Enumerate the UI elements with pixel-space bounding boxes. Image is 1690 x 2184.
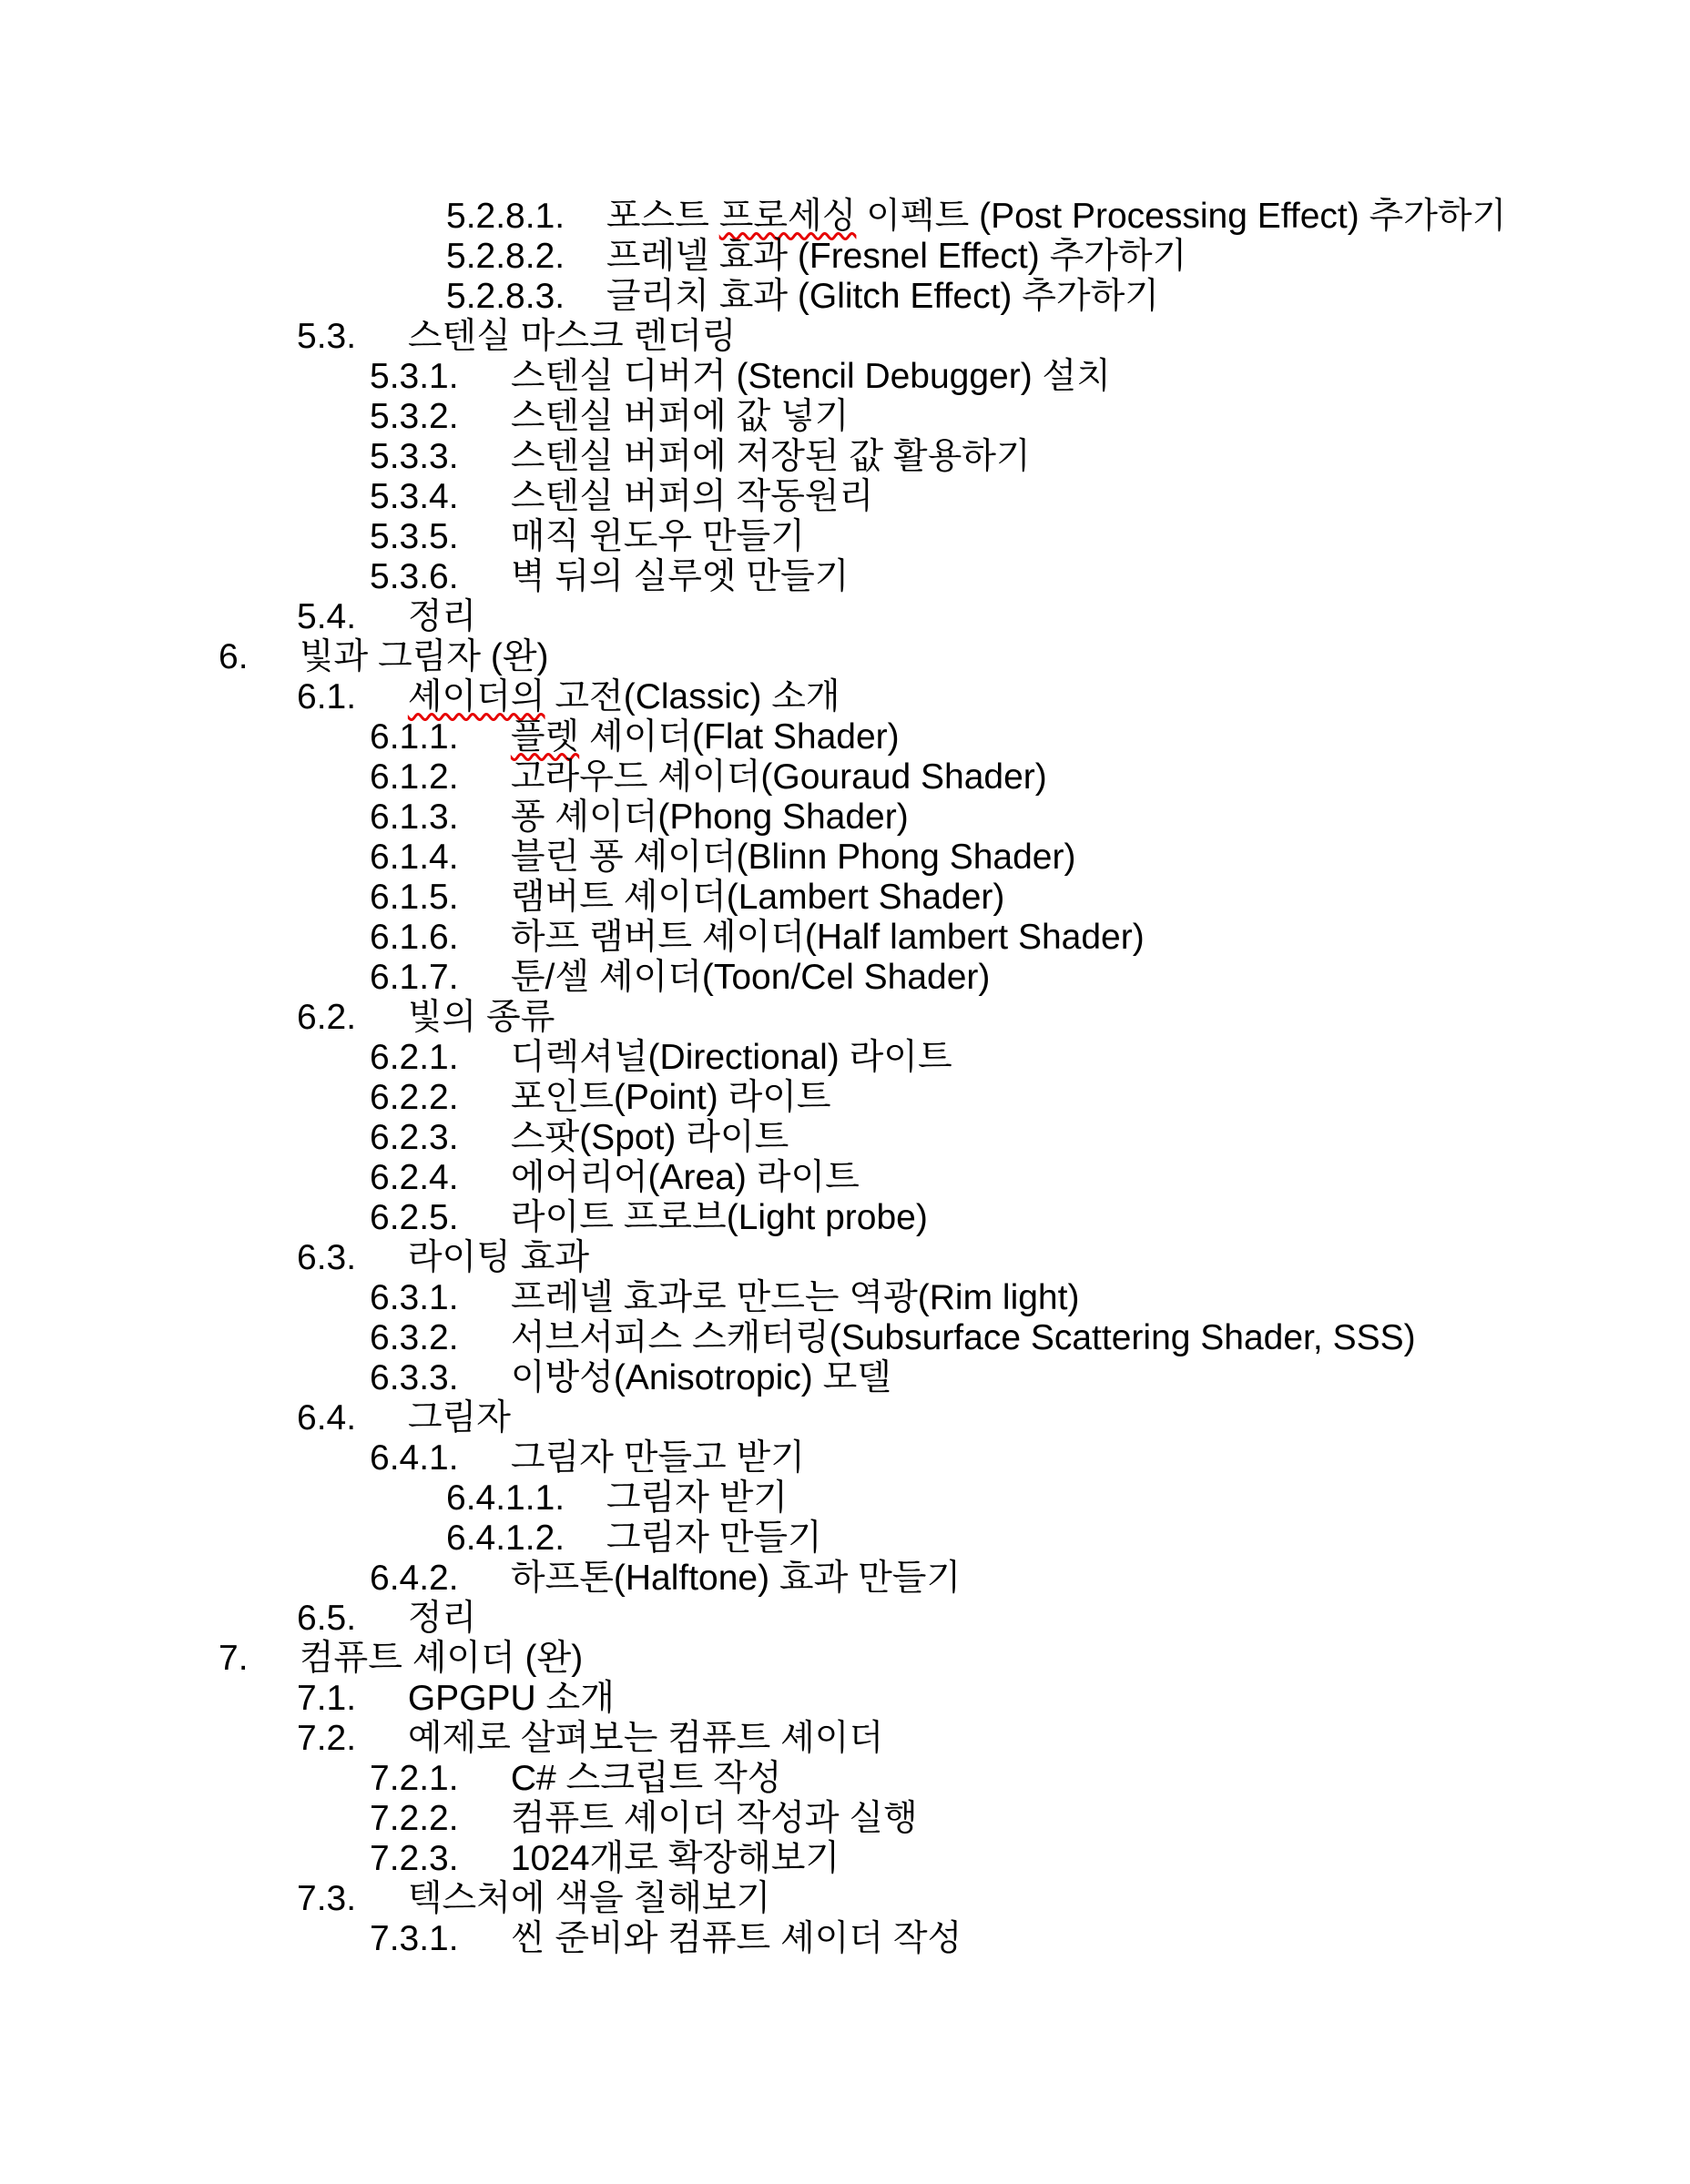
toc-item-text: GPGPU 소개	[408, 1679, 615, 1718]
text-segment: 고전(Classic) 소개	[545, 677, 840, 716]
toc-item-text: 빛과 그림자 (완)	[300, 637, 549, 676]
toc-item-text: 컴퓨트 셰이더 (완)	[300, 1639, 583, 1678]
table-of-contents: 5.2.8.1. 포스트 프로세싱 이펙트 (Post Processing E…	[0, 197, 1690, 1959]
text-segment: 라이트 프로브(Light probe)	[511, 1198, 928, 1237]
text-segment: 이펙트 (Post Processing Effect) 추가하기	[856, 197, 1506, 236]
toc-item-number: 5.3.	[297, 317, 398, 357]
toc-item-number: 5.3.3.	[370, 437, 501, 477]
text-segment: 스팟(Spot) 라이트	[511, 1118, 789, 1157]
toc-item-number: 5.3.1.	[370, 357, 501, 397]
text-segment: 글리치 효과 (Glitch Effect) 추가하기	[606, 277, 1159, 316]
toc-item-text: 퐁 셰이더(Phong Shader)	[511, 797, 909, 837]
toc-item-text: 프레넬 효과 (Fresnel Effect) 추가하기	[606, 237, 1186, 276]
toc-item: 6.2.2. 포인트(Point) 라이트	[0, 1078, 1690, 1118]
text-segment: 스텐실 마스크 렌더링	[408, 317, 737, 356]
toc-item-number: 6.2.1.	[370, 1038, 501, 1078]
toc-item-text: 그림자	[408, 1398, 511, 1437]
toc-item: 6.1.5. 램버트 셰이더(Lambert Shader)	[0, 878, 1690, 918]
toc-item-number: 6.2.2.	[370, 1078, 501, 1118]
toc-item-text: 스텐실 버퍼에 저장된 값 활용하기	[511, 437, 1031, 476]
text-segment: 하프 램버트 셰이더(Half lambert Shader)	[511, 918, 1145, 957]
toc-item-text: C# 스크립트 작성	[511, 1759, 782, 1798]
toc-item-text: 그림자 만들기	[606, 1519, 822, 1558]
toc-item-text: 씬 준비와 컴퓨트 셰이더 작성	[511, 1919, 962, 1958]
text-segment: 디렉셔널(Directional) 라이트	[511, 1038, 952, 1077]
toc-item: 7.2. 예제로 살펴보는 컴퓨트 셰이더	[0, 1719, 1690, 1759]
toc-item-text: 정리	[408, 1599, 476, 1638]
misspelled-word: 플렛	[511, 717, 579, 757]
misspelled-word: 셰이더의	[408, 677, 545, 716]
text-segment: 하프톤(Halftone) 효과 만들기	[511, 1559, 961, 1598]
toc-item-number: 5.4.	[297, 597, 398, 637]
toc-item-number: 6.1.2.	[370, 757, 501, 797]
text-segment: 라이팅 효과	[408, 1238, 589, 1277]
toc-item-text: 1024개로 확장해보기	[511, 1839, 840, 1878]
toc-item: 6.3.2. 서브서피스 스캐터링(Subsurface Scattering …	[0, 1318, 1690, 1358]
toc-item: 6.4.2. 하프톤(Halftone) 효과 만들기	[0, 1559, 1690, 1599]
toc-item-text: 램버트 셰이더(Lambert Shader)	[511, 878, 1005, 917]
toc-item-text: 라이팅 효과	[408, 1238, 589, 1277]
toc-item-text: 그림자 만들고 받기	[511, 1438, 805, 1478]
misspelled-word: 프로세싱	[719, 197, 857, 236]
toc-item: 7.2.2. 컴퓨트 셰이더 작성과 실행	[0, 1799, 1690, 1839]
toc-item-number: 6.4.2.	[370, 1559, 501, 1599]
toc-item-text: 블린 퐁 셰이더(Blinn Phong Shader)	[511, 838, 1076, 877]
text-segment: 포스트	[606, 197, 719, 236]
toc-item: 5.3.2. 스텐실 버퍼에 값 넣기	[0, 397, 1690, 437]
toc-item-number: 6.2.5.	[370, 1198, 501, 1238]
toc-item-number: 7.2.2.	[370, 1799, 501, 1839]
text-segment: 스텐실 버퍼에 값 넣기	[511, 397, 850, 436]
toc-item-number: 7.	[219, 1639, 290, 1679]
toc-item-text: 컴퓨트 셰이더 작성과 실행	[511, 1799, 918, 1838]
toc-item-number: 6.4.1.	[370, 1438, 501, 1478]
toc-item-text: 에어리어(Area) 라이트	[511, 1158, 860, 1197]
text-segment: C# 스크립트 작성	[511, 1759, 782, 1798]
toc-item-text: 매직 윈도우 만들기	[511, 517, 805, 556]
text-segment: 컴퓨트 셰이더 작성과 실행	[511, 1799, 918, 1838]
toc-item: 5.3.4. 스텐실 버퍼의 작동원리	[0, 477, 1690, 517]
toc-item: 6.3. 라이팅 효과	[0, 1238, 1690, 1278]
toc-item-text: 빛의 종류	[408, 998, 555, 1037]
toc-item-number: 6.1.	[297, 677, 398, 717]
text-segment: 컴퓨트 셰이더 (완)	[300, 1639, 583, 1678]
toc-item: 6.2.3. 스팟(Spot) 라이트	[0, 1118, 1690, 1158]
toc-item-number: 6.4.	[297, 1398, 398, 1438]
text-segment: 고라우드 셰이더(Gouraud Shader)	[511, 757, 1047, 797]
toc-item-number: 6.2.	[297, 998, 398, 1038]
toc-item-number: 7.1.	[297, 1679, 398, 1719]
toc-item: 7. 컴퓨트 셰이더 (완)	[0, 1639, 1690, 1679]
toc-item-text: 라이트 프로브(Light probe)	[511, 1198, 928, 1237]
text-segment: 에어리어(Area) 라이트	[511, 1158, 860, 1197]
toc-item-number: 6.	[219, 637, 290, 677]
toc-item: 7.2.1. C# 스크립트 작성	[0, 1759, 1690, 1799]
toc-item: 5.4. 정리	[0, 597, 1690, 637]
toc-item-text: 글리치 효과 (Glitch Effect) 추가하기	[606, 277, 1159, 316]
toc-item-number: 5.2.8.3.	[446, 277, 596, 317]
toc-item: 5.3.6. 벽 뒤의 실루엣 만들기	[0, 557, 1690, 597]
text-segment: 프레넬 효과 (Fresnel Effect) 추가하기	[606, 237, 1186, 276]
toc-item-number: 5.3.2.	[370, 397, 501, 437]
toc-item-text: 스팟(Spot) 라이트	[511, 1118, 789, 1157]
toc-item-text: 고라우드 셰이더(Gouraud Shader)	[511, 757, 1047, 797]
text-segment: 툰/셀 셰이더(Toon/Cel Shader)	[511, 958, 991, 997]
toc-item-number: 6.1.6.	[370, 918, 501, 958]
toc-item: 6.2.5. 라이트 프로브(Light probe)	[0, 1198, 1690, 1238]
toc-item-text: 예제로 살펴보는 컴퓨트 셰이더	[408, 1719, 883, 1758]
toc-item: 5.2.8.1. 포스트 프로세싱 이펙트 (Post Processing E…	[0, 197, 1690, 237]
toc-item: 6. 빛과 그림자 (완)	[0, 637, 1690, 677]
toc-item: 7.1. GPGPU 소개	[0, 1679, 1690, 1719]
toc-item-text: 그림자 받기	[606, 1478, 788, 1518]
toc-item-text: 툰/셀 셰이더(Toon/Cel Shader)	[511, 958, 991, 997]
toc-item: 5.3.3. 스텐실 버퍼에 저장된 값 활용하기	[0, 437, 1690, 477]
toc-item-number: 7.2.3.	[370, 1839, 501, 1879]
toc-item-number: 7.3.	[297, 1879, 398, 1919]
text-segment: 빛의 종류	[408, 998, 555, 1037]
toc-item-text: 포스트 프로세싱 이펙트 (Post Processing Effect) 추가…	[606, 197, 1506, 236]
toc-item: 6.1.3. 퐁 셰이더(Phong Shader)	[0, 797, 1690, 838]
toc-item-text: 서브서피스 스캐터링(Subsurface Scattering Shader,…	[511, 1318, 1416, 1357]
toc-item-number: 6.3.	[297, 1238, 398, 1278]
toc-item-number: 6.2.3.	[370, 1118, 501, 1158]
toc-item-number: 6.1.1.	[370, 717, 501, 757]
toc-item-text: 프레넬 효과로 만드는 역광(Rim light)	[511, 1278, 1080, 1317]
text-segment: 포인트(Point) 라이트	[511, 1078, 831, 1117]
toc-item: 6.2. 빛의 종류	[0, 998, 1690, 1038]
text-segment: 스텐실 디버거 (Stencil Debugger) 설치	[511, 357, 1111, 396]
toc-item-number: 7.2.1.	[370, 1759, 501, 1799]
toc-item: 6.2.4. 에어리어(Area) 라이트	[0, 1158, 1690, 1198]
toc-item-text: 하프 램버트 셰이더(Half lambert Shader)	[511, 918, 1145, 957]
toc-item: 6.4. 그림자	[0, 1398, 1690, 1438]
toc-item-number: 6.1.5.	[370, 878, 501, 918]
text-segment: 프레넬 효과로 만드는 역광(Rim light)	[511, 1278, 1080, 1317]
text-segment: 매직 윈도우 만들기	[511, 517, 805, 556]
toc-item: 7.3. 텍스처에 색을 칠해보기	[0, 1879, 1690, 1919]
text-segment: 퐁 셰이더(Phong Shader)	[511, 797, 909, 837]
text-segment: 1024개로 확장해보기	[511, 1839, 840, 1878]
toc-item: 6.4.1.2. 그림자 만들기	[0, 1519, 1690, 1559]
toc-item: 6.1.1. 플렛 셰이더(Flat Shader)	[0, 717, 1690, 757]
toc-item: 6.4.1. 그림자 만들고 받기	[0, 1438, 1690, 1478]
toc-item: 5.2.8.3. 글리치 효과 (Glitch Effect) 추가하기	[0, 277, 1690, 317]
toc-item-number: 6.3.2.	[370, 1318, 501, 1358]
toc-item-number: 6.5.	[297, 1599, 398, 1639]
text-segment: 서브서피스 스캐터링(Subsurface Scattering Shader,…	[511, 1318, 1416, 1357]
text-segment: 정리	[408, 597, 476, 636]
text-segment: 벽 뒤의 실루엣 만들기	[511, 557, 850, 596]
toc-item-text: 텍스처에 색을 칠해보기	[408, 1879, 770, 1918]
toc-item: 6.1.6. 하프 램버트 셰이더(Half lambert Shader)	[0, 918, 1690, 958]
text-segment: 스텐실 버퍼에 저장된 값 활용하기	[511, 437, 1031, 476]
toc-item-text: 이방성(Anisotropic) 모델	[511, 1358, 891, 1397]
toc-item-number: 6.4.1.1.	[446, 1478, 596, 1519]
text-segment: 셰이더(Flat Shader)	[579, 717, 899, 757]
toc-item: 5.3. 스텐실 마스크 렌더링	[0, 317, 1690, 357]
toc-item: 5.2.8.2. 프레넬 효과 (Fresnel Effect) 추가하기	[0, 237, 1690, 277]
toc-item: 6.3.1. 프레넬 효과로 만드는 역광(Rim light)	[0, 1278, 1690, 1318]
toc-item-text: 셰이더의 고전(Classic) 소개	[408, 677, 840, 716]
toc-item-number: 6.1.4.	[370, 838, 501, 878]
text-segment: 빛과 그림자 (완)	[300, 637, 549, 676]
toc-item-text: 스텐실 버퍼에 값 넣기	[511, 397, 850, 436]
toc-item: 7.3.1. 씬 준비와 컴퓨트 셰이더 작성	[0, 1919, 1690, 1959]
toc-item-text: 정리	[408, 597, 476, 636]
toc-item-number: 6.2.4.	[370, 1158, 501, 1198]
text-segment: 예제로 살펴보는 컴퓨트 셰이더	[408, 1719, 883, 1758]
toc-item-number: 7.3.1.	[370, 1919, 501, 1959]
text-segment: 그림자	[408, 1398, 511, 1437]
text-segment: 이방성(Anisotropic) 모델	[511, 1358, 891, 1397]
toc-item: 6.5. 정리	[0, 1599, 1690, 1639]
toc-item-number: 5.3.6.	[370, 557, 501, 597]
toc-item: 6.1.2. 고라우드 셰이더(Gouraud Shader)	[0, 757, 1690, 797]
text-segment: 램버트 셰이더(Lambert Shader)	[511, 878, 1005, 917]
toc-item-text: 하프톤(Halftone) 효과 만들기	[511, 1559, 961, 1598]
text-segment: 스텐실 버퍼의 작동원리	[511, 477, 873, 516]
document-page: 5.2.8.1. 포스트 프로세싱 이펙트 (Post Processing E…	[0, 0, 1690, 2184]
toc-item-number: 6.4.1.2.	[446, 1519, 596, 1559]
toc-item-number: 6.3.1.	[370, 1278, 501, 1318]
text-segment: 텍스처에 색을 칠해보기	[408, 1879, 770, 1918]
text-segment: 정리	[408, 1599, 476, 1638]
toc-item: 5.3.1. 스텐실 디버거 (Stencil Debugger) 설치	[0, 357, 1690, 397]
toc-item-text: 벽 뒤의 실루엣 만들기	[511, 557, 850, 596]
toc-item-text: 플렛 셰이더(Flat Shader)	[511, 717, 900, 757]
toc-item-number: 5.3.5.	[370, 517, 501, 557]
toc-item-number: 6.1.7.	[370, 958, 501, 998]
toc-item-number: 5.2.8.1.	[446, 197, 596, 237]
toc-item-text: 스텐실 버퍼의 작동원리	[511, 477, 873, 516]
toc-item: 5.3.5. 매직 윈도우 만들기	[0, 517, 1690, 557]
text-segment: 블린 퐁 셰이더(Blinn Phong Shader)	[511, 838, 1076, 877]
toc-item: 6.1.7. 툰/셀 셰이더(Toon/Cel Shader)	[0, 958, 1690, 998]
toc-item-text: 스텐실 디버거 (Stencil Debugger) 설치	[511, 357, 1111, 396]
toc-item: 6.4.1.1. 그림자 받기	[0, 1478, 1690, 1519]
toc-item-text: 포인트(Point) 라이트	[511, 1078, 831, 1117]
text-segment: GPGPU 소개	[408, 1679, 615, 1718]
toc-item: 7.2.3. 1024개로 확장해보기	[0, 1839, 1690, 1879]
text-segment: 그림자 만들고 받기	[511, 1438, 805, 1478]
toc-item-text: 디렉셔널(Directional) 라이트	[511, 1038, 952, 1077]
toc-item-number: 5.3.4.	[370, 477, 501, 517]
text-segment: 그림자 만들기	[606, 1519, 822, 1558]
toc-item: 6.2.1. 디렉셔널(Directional) 라이트	[0, 1038, 1690, 1078]
toc-item-number: 6.3.3.	[370, 1358, 501, 1398]
toc-item: 6.1.4. 블린 퐁 셰이더(Blinn Phong Shader)	[0, 838, 1690, 878]
toc-item-number: 7.2.	[297, 1719, 398, 1759]
text-segment: 그림자 받기	[606, 1478, 788, 1518]
toc-item: 6.3.3. 이방성(Anisotropic) 모델	[0, 1358, 1690, 1398]
toc-item: 6.1. 셰이더의 고전(Classic) 소개	[0, 677, 1690, 717]
toc-item-text: 스텐실 마스크 렌더링	[408, 317, 737, 356]
toc-item-number: 6.1.3.	[370, 797, 501, 838]
text-segment: 씬 준비와 컴퓨트 셰이더 작성	[511, 1919, 962, 1958]
toc-item-number: 5.2.8.2.	[446, 237, 596, 277]
